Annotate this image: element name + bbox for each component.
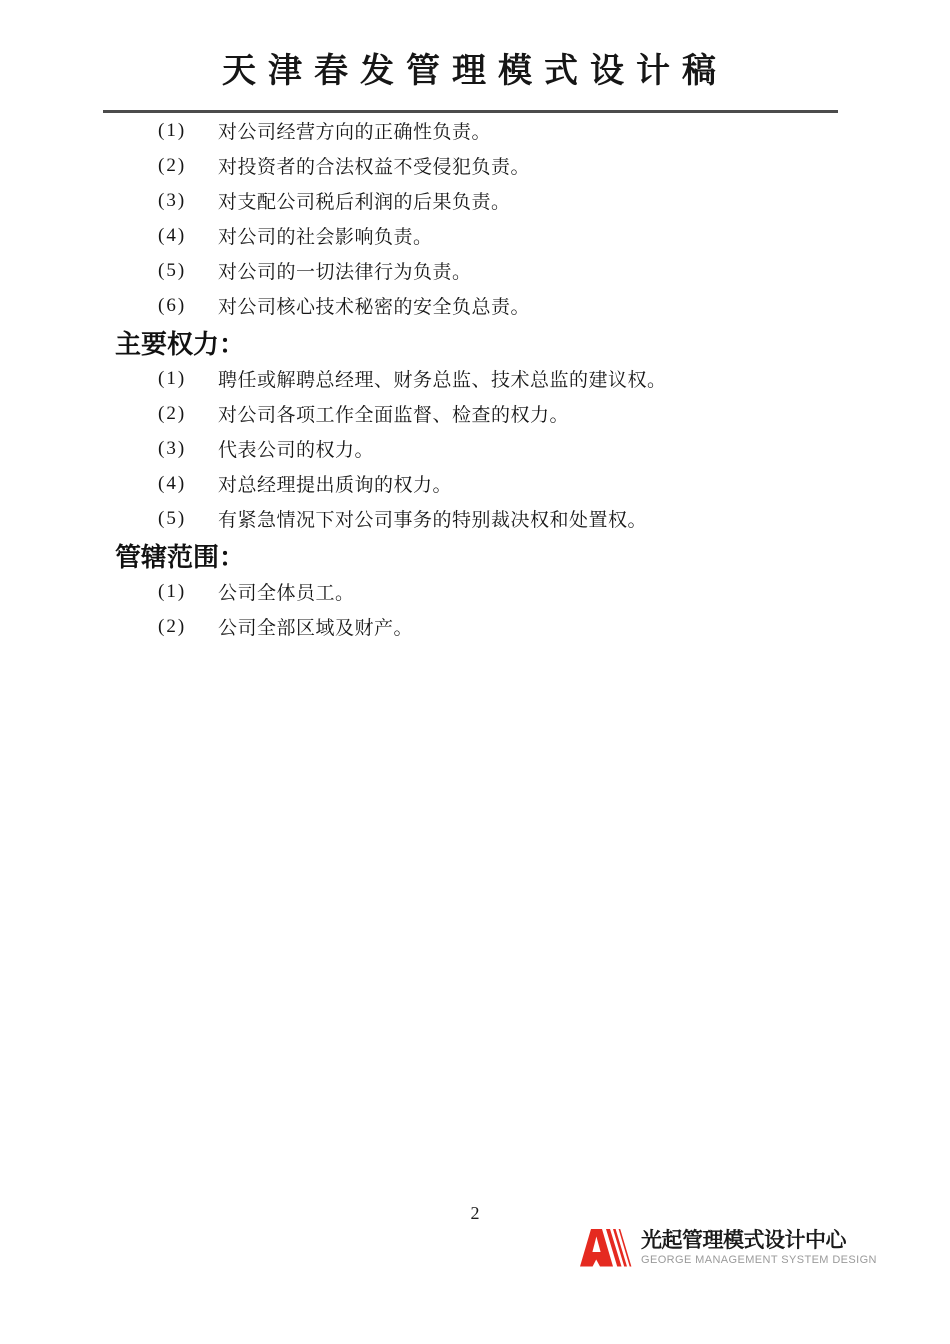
- list-item: (3)代表公司的权力。: [0, 431, 950, 466]
- list-item-number: (2): [158, 616, 218, 638]
- list-item-number: (5): [158, 260, 218, 282]
- list-item-text: 对公司各项工作全面监督、检查的权力。: [218, 400, 569, 427]
- logo-a-icon: [580, 1229, 632, 1267]
- list-item-number: (4): [158, 473, 218, 495]
- list-item: (4)对总经理提出质询的权力。: [0, 466, 950, 501]
- list-item: (5)对公司的一切法律行为负责。: [0, 253, 950, 288]
- list-item: (2)对公司各项工作全面监督、检查的权力。: [0, 396, 950, 431]
- list-item-number: (3): [158, 438, 218, 460]
- list-item-text: 对公司的一切法律行为负责。: [218, 257, 472, 284]
- list-item-number: (2): [158, 403, 218, 425]
- list-item-text: 聘任或解聘总经理、财务总监、技术总监的建议权。: [218, 365, 667, 392]
- list-item-text: 公司全部区域及财产。: [218, 613, 413, 640]
- list-item-text: 有紧急情况下对公司事务的特别裁决权和处置权。: [218, 505, 647, 532]
- list-item: (1)公司全体员工。: [0, 574, 950, 609]
- page-number: 2: [0, 1203, 950, 1224]
- list-item: (5)有紧急情况下对公司事务的特别裁决权和处置权。: [0, 501, 950, 536]
- list-item: (4)对公司的社会影响负责。: [0, 218, 950, 253]
- list-item-number: (3): [158, 190, 218, 212]
- list-item-number: (4): [158, 225, 218, 247]
- list-item-number: (1): [158, 368, 218, 390]
- list-item: (6)对公司核心技术秘密的安全负总责。: [0, 288, 950, 323]
- document-body: (1)对公司经营方向的正确性负责。(2)对投资者的合法权益不受侵犯负责。(3)对…: [0, 113, 950, 644]
- page-title: 天津春发管理模式设计稿: [0, 52, 950, 90]
- list-item-text: 对投资者的合法权益不受侵犯负责。: [218, 152, 530, 179]
- list-item: (1)聘任或解聘总经理、财务总监、技术总监的建议权。: [0, 361, 950, 396]
- list-item-number: (1): [158, 120, 218, 142]
- list-item-text: 对公司经营方向的正确性负责。: [218, 117, 491, 144]
- list-item: (1)对公司经营方向的正确性负责。: [0, 113, 950, 148]
- section-heading: 主要权力：: [0, 323, 950, 361]
- list-item-text: 对公司核心技术秘密的安全负总责。: [218, 292, 530, 319]
- document-page: 天津春发管理模式设计稿 (1)对公司经营方向的正确性负责。(2)对投资者的合法权…: [0, 0, 950, 1344]
- list-item: (2)公司全部区域及财产。: [0, 609, 950, 644]
- logo-name-chinese: 光起管理模式设计中心: [641, 1229, 877, 1252]
- list-item-number: (6): [158, 295, 218, 317]
- section-heading: 管辖范围：: [0, 536, 950, 574]
- list-item-text: 对公司的社会影响负责。: [218, 222, 433, 249]
- list-item-text: 对总经理提出质询的权力。: [218, 470, 452, 497]
- list-item-text: 对支配公司税后利润的后果负责。: [218, 187, 511, 214]
- footer-logo: 光起管理模式设计中心 GEORGE MANAGEMENT SYSTEM DESI…: [580, 1229, 877, 1267]
- list-item-number: (2): [158, 155, 218, 177]
- logo-text-block: 光起管理模式设计中心 GEORGE MANAGEMENT SYSTEM DESI…: [641, 1229, 877, 1266]
- list-item: (3)对支配公司税后利润的后果负责。: [0, 183, 950, 218]
- list-item-number: (5): [158, 508, 218, 530]
- list-item-number: (1): [158, 581, 218, 603]
- list-item-text: 公司全体员工。: [218, 578, 355, 605]
- list-item: (2)对投资者的合法权益不受侵犯负责。: [0, 148, 950, 183]
- logo-name-english: GEORGE MANAGEMENT SYSTEM DESIGN: [641, 1254, 877, 1266]
- list-item-text: 代表公司的权力。: [218, 435, 374, 462]
